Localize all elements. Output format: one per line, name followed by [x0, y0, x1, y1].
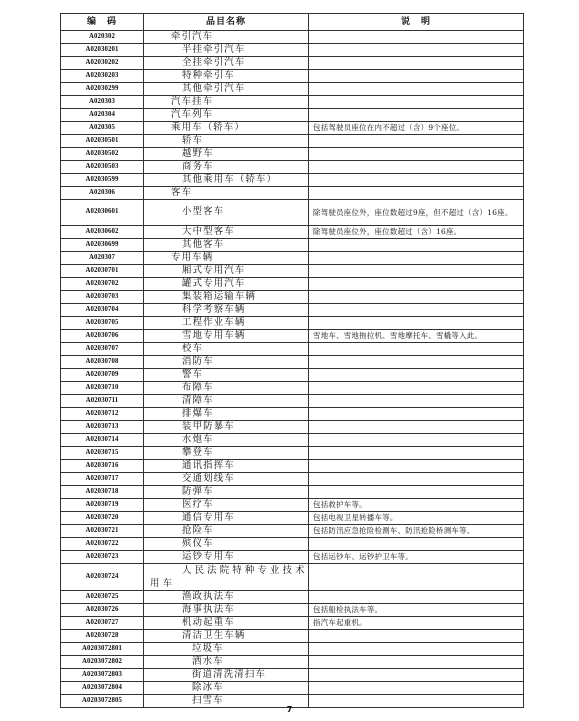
item-name: 抢险车	[144, 524, 309, 537]
item-name: 雪地专用车辆	[144, 329, 309, 342]
table-row: A02030502越野车	[61, 148, 524, 161]
item-description	[309, 31, 524, 44]
item-name: 机动起重车	[144, 616, 309, 629]
item-name: 除冰车	[144, 681, 309, 694]
item-name: 攀登车	[144, 446, 309, 459]
item-name: 排爆车	[144, 407, 309, 420]
item-name: 工程作业车辆	[144, 316, 309, 329]
table-row: A02030709警车	[61, 368, 524, 381]
table-row: A0203072801垃圾车	[61, 642, 524, 655]
item-code: A02030601	[61, 200, 144, 226]
item-name: 其他客车	[144, 238, 309, 251]
item-name: 全挂牵引汽车	[144, 57, 309, 70]
item-name: 科学考察车辆	[144, 303, 309, 316]
item-description: 包括电视卫星转播车等。	[309, 511, 524, 524]
item-name: 厢式专用汽车	[144, 264, 309, 277]
item-code: A02030712	[61, 407, 144, 420]
item-description	[309, 303, 524, 316]
table-row: A02030716通讯指挥车	[61, 459, 524, 472]
item-name: 轿车	[144, 135, 309, 148]
item-description	[309, 681, 524, 694]
item-name: 校车	[144, 342, 309, 355]
item-name: 医疗车	[144, 498, 309, 511]
table-row: A02030202全挂牵引汽车	[61, 57, 524, 70]
item-name: 越野车	[144, 148, 309, 161]
item-description	[309, 83, 524, 96]
table-row: A02030601小型客车除驾驶员座位外，座位数超过9座，但不超过（含）16座。	[61, 200, 524, 226]
item-name: 通信专用车	[144, 511, 309, 524]
item-code: A02030202	[61, 57, 144, 70]
item-description: 指汽车起重机。	[309, 616, 524, 629]
item-code: A02030722	[61, 537, 144, 550]
item-name: 海事执法车	[144, 603, 309, 616]
table-row: A02030715攀登车	[61, 446, 524, 459]
item-description	[309, 342, 524, 355]
item-name: 人民法院特种专业技术用车	[144, 563, 309, 590]
item-name: 汽车挂车	[144, 96, 309, 109]
item-code: A02030728	[61, 629, 144, 642]
item-code: A02030725	[61, 590, 144, 603]
table-row: A02030726海事执法车包括船检执法车等。	[61, 603, 524, 616]
item-description: 除驾驶员座位外，座位数超过（含）16座。	[309, 225, 524, 238]
item-name: 清障车	[144, 394, 309, 407]
table-row: A02030707校车	[61, 342, 524, 355]
item-description	[309, 109, 524, 122]
item-name: 其他牵引汽车	[144, 83, 309, 96]
item-description: 包括运钞车、运钞护卫车等。	[309, 550, 524, 563]
page-number: 7	[0, 705, 579, 714]
item-code: A020307	[61, 251, 144, 264]
item-name: 水炮车	[144, 433, 309, 446]
item-code: A02030707	[61, 342, 144, 355]
table-row: A020305乘用车（轿车）包括驾驶员座位在内不超过（含）9个座位。	[61, 122, 524, 135]
item-name: 半挂牵引汽车	[144, 44, 309, 57]
item-name: 清洁卫生车辆	[144, 629, 309, 642]
item-description	[309, 472, 524, 485]
item-description	[309, 251, 524, 264]
item-name: 街道清洗清扫车	[144, 668, 309, 681]
table-row: A02030717交通划线车	[61, 472, 524, 485]
item-name: 渔政执法车	[144, 590, 309, 603]
item-code: A020305	[61, 122, 144, 135]
table-row: A02030713装甲防暴车	[61, 420, 524, 433]
item-name: 运钞专用车	[144, 550, 309, 563]
item-code: A02030711	[61, 394, 144, 407]
item-name: 汽车列车	[144, 109, 309, 122]
item-name: 专用车辆	[144, 251, 309, 264]
table-row: A02030718防弹车	[61, 485, 524, 498]
table-row: A02030710布障车	[61, 381, 524, 394]
item-name: 殡仪车	[144, 537, 309, 550]
item-description: 除驾驶员座位外，座位数超过9座，但不超过（含）16座。	[309, 200, 524, 226]
item-name: 集装箱运输车辆	[144, 290, 309, 303]
item-name: 交通划线车	[144, 472, 309, 485]
item-code: A0203072803	[61, 668, 144, 681]
item-code: A02030720	[61, 511, 144, 524]
item-name: 大中型客车	[144, 225, 309, 238]
item-code: A0203072804	[61, 681, 144, 694]
table-row: A02030503商务车	[61, 161, 524, 174]
item-description	[309, 407, 524, 420]
table-row: A020306客车	[61, 187, 524, 200]
item-code: A02030203	[61, 70, 144, 83]
item-code: A020302	[61, 31, 144, 44]
item-description	[309, 642, 524, 655]
item-code: A02030599	[61, 174, 144, 187]
table-row: A02030201半挂牵引汽车	[61, 44, 524, 57]
item-code: A02030721	[61, 524, 144, 537]
table-row: A02030727机动起重车指汽车起重机。	[61, 616, 524, 629]
item-code: A02030726	[61, 603, 144, 616]
item-code: A02030727	[61, 616, 144, 629]
item-code: A02030699	[61, 238, 144, 251]
item-code: A02030706	[61, 329, 144, 342]
table-row: A020304汽车列车	[61, 109, 524, 122]
item-description	[309, 446, 524, 459]
item-code: A02030717	[61, 472, 144, 485]
table-row: A02030722殡仪车	[61, 537, 524, 550]
item-code: A02030719	[61, 498, 144, 511]
item-name: 商务车	[144, 161, 309, 174]
item-code: A02030703	[61, 290, 144, 303]
item-description: 包括驾驶员座位在内不超过（含）9个座位。	[309, 122, 524, 135]
table-row: A02030714水炮车	[61, 433, 524, 446]
item-code: A02030710	[61, 381, 144, 394]
table-row: A020307专用车辆	[61, 251, 524, 264]
item-description	[309, 381, 524, 394]
item-description	[309, 485, 524, 498]
item-code: A020306	[61, 187, 144, 200]
table-row: A02030720通信专用车包括电视卫星转播车等。	[61, 511, 524, 524]
item-code: A02030702	[61, 277, 144, 290]
header-item-name: 品目名称	[144, 14, 309, 31]
item-name: 装甲防暴车	[144, 420, 309, 433]
item-name: 洒水车	[144, 655, 309, 668]
item-code: A02030716	[61, 459, 144, 472]
item-name: 小型客车	[144, 200, 309, 226]
item-description	[309, 629, 524, 642]
table-row: A02030711清障车	[61, 394, 524, 407]
item-name: 警车	[144, 368, 309, 381]
catalog-table: 编 码 品目名称 说 明 A020302牵引汽车A02030201半挂牵引汽车A…	[60, 13, 524, 708]
table-row: A02030708消防车	[61, 355, 524, 368]
table-row: A0203072804除冰车	[61, 681, 524, 694]
table-body: A020302牵引汽车A02030201半挂牵引汽车A02030202全挂牵引汽…	[61, 31, 524, 708]
table-row: A02030725渔政执法车	[61, 590, 524, 603]
table-row: A02030724人民法院特种专业技术用车	[61, 563, 524, 590]
item-description	[309, 148, 524, 161]
item-description	[309, 161, 524, 174]
item-code: A02030723	[61, 550, 144, 563]
item-description	[309, 96, 524, 109]
table-row: A02030699其他客车	[61, 238, 524, 251]
item-name: 客车	[144, 187, 309, 200]
table-row: A02030599其他乘用车（轿车）	[61, 174, 524, 187]
item-description	[309, 590, 524, 603]
item-code: A02030724	[61, 563, 144, 590]
item-code: A02030705	[61, 316, 144, 329]
item-description	[309, 277, 524, 290]
item-description	[309, 264, 524, 277]
table-row: A02030706雪地专用车辆雪地车、雪地拖拉机、雪地摩托车、雪橇等入此。	[61, 329, 524, 342]
item-code: A02030709	[61, 368, 144, 381]
table-row: A02030728清洁卫生车辆	[61, 629, 524, 642]
table-row: A02030299其他牵引汽车	[61, 83, 524, 96]
table-row: A02030203特种牵引车	[61, 70, 524, 83]
table-row: A020302牵引汽车	[61, 31, 524, 44]
table-row: A02030702罐式专用汽车	[61, 277, 524, 290]
item-description	[309, 433, 524, 446]
table-row: A020303汽车挂车	[61, 96, 524, 109]
item-code: A0203072802	[61, 655, 144, 668]
item-description	[309, 563, 524, 590]
item-code: A02030715	[61, 446, 144, 459]
item-code: A02030503	[61, 161, 144, 174]
item-description	[309, 668, 524, 681]
header-code: 编 码	[61, 14, 144, 31]
item-code: A02030718	[61, 485, 144, 498]
item-description: 包括防汛应急抢险检测车、防汛抢险桥测车等。	[309, 524, 524, 537]
item-code: A02030299	[61, 83, 144, 96]
item-description	[309, 290, 524, 303]
item-name: 消防车	[144, 355, 309, 368]
item-name: 牵引汽车	[144, 31, 309, 44]
table-row: A02030701厢式专用汽车	[61, 264, 524, 277]
item-description: 雪地车、雪地拖拉机、雪地摩托车、雪橇等入此。	[309, 329, 524, 342]
item-description	[309, 655, 524, 668]
item-code: A02030501	[61, 135, 144, 148]
item-name: 垃圾车	[144, 642, 309, 655]
item-description	[309, 174, 524, 187]
item-name: 乘用车（轿车）	[144, 122, 309, 135]
item-name: 防弹车	[144, 485, 309, 498]
item-description: 包括救护车等。	[309, 498, 524, 511]
item-code: A0203072801	[61, 642, 144, 655]
table-row: A0203072803街道清洗清扫车	[61, 668, 524, 681]
item-description	[309, 420, 524, 433]
item-code: A02030502	[61, 148, 144, 161]
table-row: A02030712排爆车	[61, 407, 524, 420]
item-code: A02030714	[61, 433, 144, 446]
table-row: A0203072802洒水车	[61, 655, 524, 668]
table-row: A02030719医疗车包括救护车等。	[61, 498, 524, 511]
item-name: 通讯指挥车	[144, 459, 309, 472]
item-name: 特种牵引车	[144, 70, 309, 83]
item-description	[309, 459, 524, 472]
item-name: 其他乘用车（轿车）	[144, 174, 309, 187]
table-row: A02030704科学考察车辆	[61, 303, 524, 316]
item-code: A020304	[61, 109, 144, 122]
table-row: A02030501轿车	[61, 135, 524, 148]
table-row: A02030602大中型客车除驾驶员座位外，座位数超过（含）16座。	[61, 225, 524, 238]
item-description: 包括船检执法车等。	[309, 603, 524, 616]
item-code: A02030201	[61, 44, 144, 57]
item-code: A02030713	[61, 420, 144, 433]
item-description	[309, 44, 524, 57]
item-code: A02030701	[61, 264, 144, 277]
item-description	[309, 135, 524, 148]
item-code: A02030708	[61, 355, 144, 368]
item-code: A02030704	[61, 303, 144, 316]
item-description	[309, 368, 524, 381]
item-description	[309, 316, 524, 329]
item-description	[309, 70, 524, 83]
item-description	[309, 57, 524, 70]
table-row: A02030703集装箱运输车辆	[61, 290, 524, 303]
table-row: A02030723运钞专用车包括运钞车、运钞护卫车等。	[61, 550, 524, 563]
item-description	[309, 355, 524, 368]
table-header-row: 编 码 品目名称 说 明	[61, 14, 524, 31]
item-code: A020303	[61, 96, 144, 109]
item-description	[309, 537, 524, 550]
header-description: 说 明	[309, 14, 524, 31]
table-row: A02030721抢险车包括防汛应急抢险检测车、防汛抢险桥测车等。	[61, 524, 524, 537]
item-description	[309, 187, 524, 200]
table-row: A02030705工程作业车辆	[61, 316, 524, 329]
item-name: 罐式专用汽车	[144, 277, 309, 290]
item-description	[309, 394, 524, 407]
item-name: 布障车	[144, 381, 309, 394]
item-code: A02030602	[61, 225, 144, 238]
item-description	[309, 238, 524, 251]
